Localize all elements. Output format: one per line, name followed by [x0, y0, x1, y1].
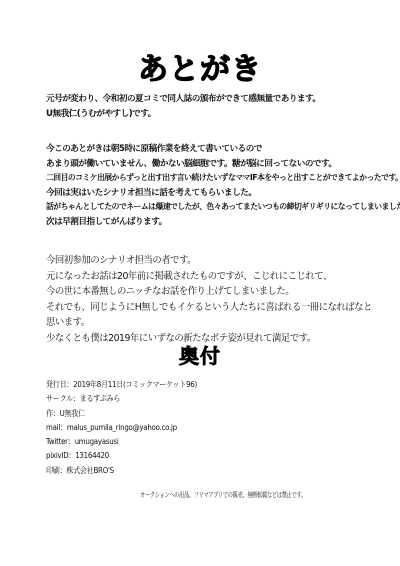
colophon-details: 発行日：2019年8月11日(コミックマーケット96) サークル：まるすぷみら … [46, 377, 386, 477]
twitter-handle: Twitter：umugayasusi [46, 434, 338, 448]
text-line: 話がちゃんとしてたのでネームは爆速でしたが、色々あってまたいつもの締切ギリギリに… [46, 200, 386, 215]
text-line: 二回目のコミケ出展からずっと出す出す言い続けたいずなママIF本をやっと出すことが… [46, 171, 386, 186]
afterword-page: あとがき 元号が変わり、令和初の夏コミで同人誌の頒布ができて感無量であります。 … [0, 0, 400, 566]
text-line: 元になったお話は20年前に掲載されたものですが、こじれにこじれて、 [46, 269, 386, 285]
text-line: あまり頭が働いていません、働かない脳細胞です。糖が脳に回ってないのです。 [46, 157, 386, 172]
afterword-scenario-note: 今回初参加のシナリオ担当の者です。 元になったお話は20年前に掲載されたものです… [46, 253, 386, 347]
text-line: 今回は実はいたシナリオ担当に話を考えてもらいました。 [46, 186, 386, 201]
text-line: 今回初参加のシナリオ担当の者です。 [46, 253, 386, 269]
text-line: 思います。 [46, 315, 386, 331]
circle-name: サークル：まるすぷみら [46, 391, 338, 405]
pixiv-id: pixivID：13164420 [46, 448, 338, 462]
author-name: 作：U無我仁 [46, 406, 338, 420]
text-line: それでも、同じようにH無しでもイケるという人たちに喜ばれる一冊になればなと [46, 300, 386, 316]
printer-name: 印刷：株式会社BRO'S [46, 463, 338, 477]
colophon-title: 奥付 [0, 340, 400, 369]
text-line: 次は早割目指してがんばります。 [46, 215, 386, 230]
afterword-title: あとがき [0, 44, 400, 88]
publish-date: 発行日：2019年8月11日(コミックマーケット96) [46, 377, 338, 391]
afterword-author-note: 今このあとがきは朝5時に原稿作業を終えて書いているので あまり頭が働いていません… [46, 142, 386, 230]
afterword-greeting: 元号が変わり、令和初の夏コミで同人誌の頒布ができて感無量であります。 U無我仁(… [46, 92, 386, 121]
text-line: 今このあとがきは朝5時に原稿作業を終えて書いているので [46, 142, 386, 157]
text-line: 元号が変わり、令和初の夏コミで同人誌の頒布ができて感無量であります。 [46, 92, 386, 107]
resale-prohibition-notice: オークションへの出品、フリマアプリでの販売、無断転載などは禁止です。 [140, 489, 306, 499]
contact-email: mail：malus_pumila_ringo@yahoo.co.jp [46, 420, 338, 434]
text-line: U無我仁(うむがやすし)です。 [46, 107, 386, 122]
text-line: 今の世に本番無しのニッチなお話を作り上げてしまいました。 [46, 284, 386, 300]
